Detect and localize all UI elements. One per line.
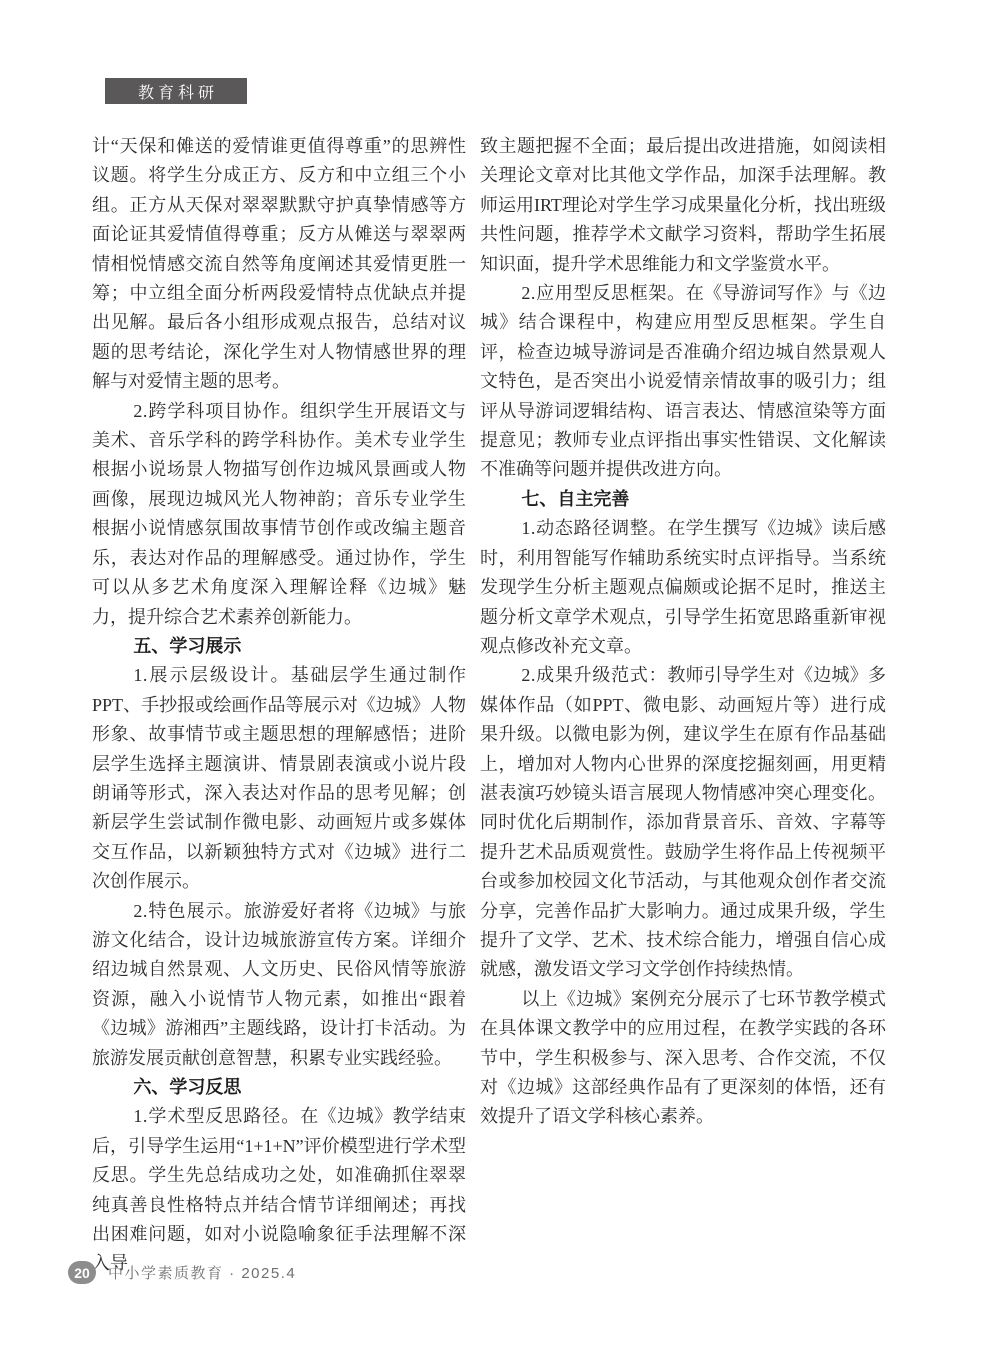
section-heading: 七、自主完善	[480, 485, 886, 514]
section-heading: 五、学习展示	[92, 632, 466, 661]
paragraph: 致主题把握不全面；最后提出改进措施，如阅读相关理论文章对比其他文学作品，加深手法…	[480, 132, 886, 279]
paragraph-text: 基础层学生通过制作PPT、手抄报或绘画作品等展示对《边城》人物形象、故事情节或主…	[92, 665, 466, 891]
paragraph: 1.动态路径调整。在学生撰写《边城》读后感时，利用智能写作辅助系统实时点评指导。…	[480, 514, 886, 661]
paragraph: 2.应用型反思框架。在《导游词写作》与《边城》结合课程中，构建应用型反思框架。学…	[480, 279, 886, 485]
paragraph-text: 教师引导学生对《边城》多媒体作品（如PPT、微电影、动画短片等）进行成果升级。以…	[480, 665, 886, 979]
paragraph-lead: 1.学术型反思路径。	[133, 1106, 300, 1126]
paragraph-text: 在《边城》教学结束后，引导学生运用“1+1+N”评价模型进行学术型反思。学生先总…	[92, 1106, 466, 1273]
paragraph-text: 旅游爱好者将《边城》与旅游文化结合，设计边城旅游宣传方案。详细介绍边城自然景观、…	[92, 901, 466, 1068]
paragraph-lead: 2.成果升级范式：	[521, 665, 667, 685]
journal-title-line: 中小学素质教育 · 2025.4	[108, 1262, 296, 1283]
paragraph: 1.展示层级设计。基础层学生通过制作PPT、手抄报或绘画作品等展示对《边城》人物…	[92, 661, 466, 896]
paragraph-text: 在学生撰写《边城》读后感时，利用智能写作辅助系统实时点评指导。当系统发现学生分析…	[480, 518, 886, 656]
paragraph: 1.学术型反思路径。在《边城》教学结束后，引导学生运用“1+1+N”评价模型进行…	[92, 1102, 466, 1278]
paragraph-text: 在《导游词写作》与《边城》结合课程中，构建应用型反思框架。学生自评，检查边城导游…	[480, 283, 886, 479]
paragraph: 计“天保和傩送的爱情谁更值得尊重”的思辨性议题。将学生分成正方、反方和中立组三个…	[92, 132, 466, 397]
right-column: 致主题把握不全面；最后提出改进措施，如阅读相关理论文章对比其他文学作品，加深手法…	[480, 132, 886, 1279]
page-footer: 20 中小学素质教育 · 2025.4	[68, 1261, 296, 1284]
section-heading: 六、学习反思	[92, 1073, 466, 1102]
left-column: 计“天保和傩送的爱情谁更值得尊重”的思辨性议题。将学生分成正方、反方和中立组三个…	[92, 132, 466, 1279]
journal-page: 教育科研 计“天保和傩送的爱情谁更值得尊重”的思辨性议题。将学生分成正方、反方和…	[0, 0, 992, 1346]
paragraph: 2.特色展示。旅游爱好者将《边城》与旅游文化结合，设计边城旅游宣传方案。详细介绍…	[92, 897, 466, 1073]
paragraph: 2.跨学科项目协作。组织学生开展语文与美术、音乐学科的跨学科协作。美术专业学生根…	[92, 397, 466, 632]
paragraph: 2.成果升级范式：教师引导学生对《边城》多媒体作品（如PPT、微电影、动画短片等…	[480, 661, 886, 984]
paragraph-lead: 1.动态路径调整。	[521, 518, 667, 538]
paragraph: 以上《边城》案例充分展示了七环节教学模式在具体课文教学中的应用过程，在教学实践的…	[480, 985, 886, 1132]
column-section-badge: 教育科研	[105, 78, 247, 104]
paragraph-lead: 1.展示层级设计。	[133, 665, 290, 685]
paragraph-lead: 2.跨学科项目协作。	[133, 401, 300, 421]
paragraph-lead: 2.特色展示。	[133, 901, 243, 921]
article-body: 计“天保和傩送的爱情谁更值得尊重”的思辨性议题。将学生分成正方、反方和中立组三个…	[92, 132, 886, 1279]
page-number-badge: 20	[68, 1261, 96, 1284]
paragraph-lead: 2.应用型反思框架。	[521, 283, 685, 303]
paragraph-text: 组织学生开展语文与美术、音乐学科的跨学科协作。美术专业学生根据小说场景人物描写创…	[92, 401, 466, 627]
